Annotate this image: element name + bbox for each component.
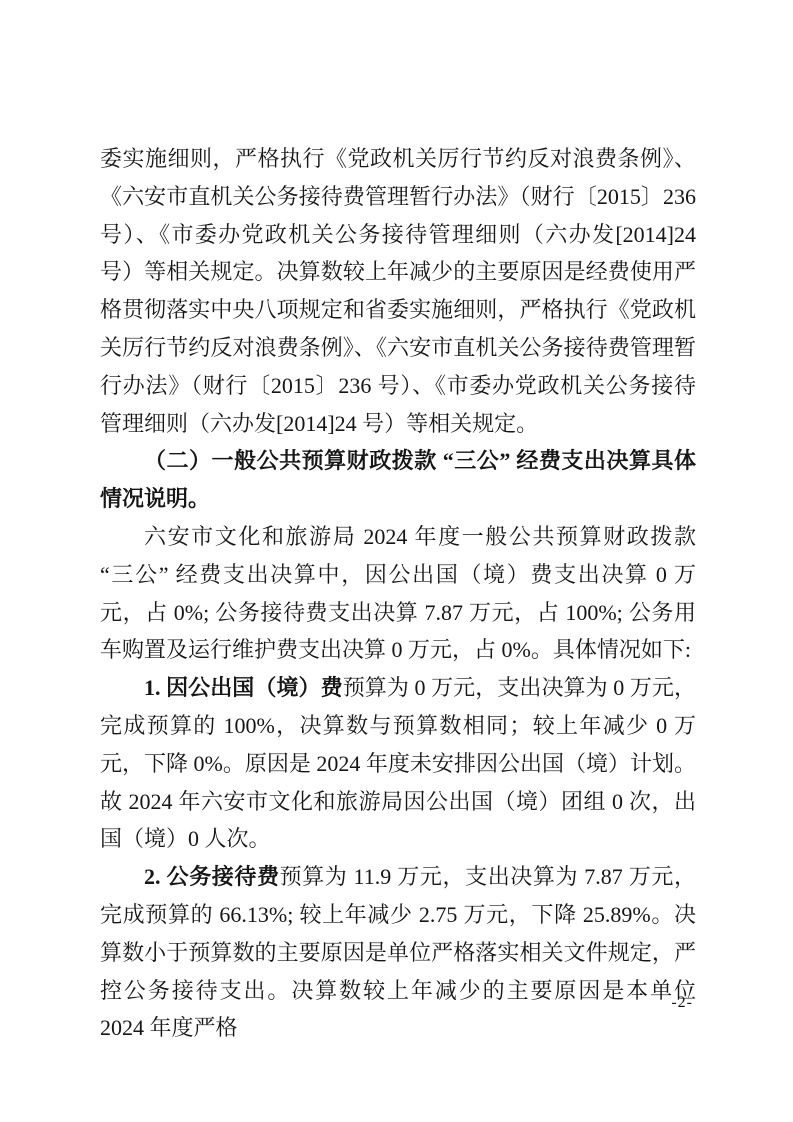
document-page: 委实施细则，严格执行《党政机关厉行节约反对浪费条例》、《六安市直机关公务接待费管… [0, 0, 793, 1122]
paragraph-item-2: 2. 公务接待费预算为 11.9 万元，支出决算为 7.87 万元，完成预算的 … [100, 858, 696, 1047]
paragraph-overview-text: 六安市文化和旅游局 2024 年度一般公共预算财政拨款 “三公” 经费支出决算中… [100, 524, 696, 662]
item-1-text: 预算为 0 万元，支出决算为 0 万元，完成预算的 100%，决算数与预算数相同… [100, 675, 696, 851]
paragraph-item-1: 1. 因公出国（境）费预算为 0 万元，支出决算为 0 万元，完成预算的 100… [100, 669, 696, 858]
item-2-lead: 2. 公务接待费 [144, 864, 280, 889]
item-2-text: 预算为 11.9 万元，支出决算为 7.87 万元，完成预算的 66.13%; … [100, 864, 696, 1040]
section-heading: （二）一般公共预算财政拨款 “三公” 经费支出决算具体情况说明。 [100, 442, 696, 518]
paragraph-continued: 委实施细则，严格执行《党政机关厉行节约反对浪费条例》、《六安市直机关公务接待费管… [100, 140, 696, 442]
page-number: -2- [671, 993, 693, 1013]
section-heading-text: （二）一般公共预算财政拨款 “三公” 经费支出决算具体情况说明。 [100, 448, 696, 511]
paragraph-overview: 六安市文化和旅游局 2024 年度一般公共预算财政拨款 “三公” 经费支出决算中… [100, 518, 696, 669]
paragraph-continued-text: 委实施细则，严格执行《党政机关厉行节约反对浪费条例》、《六安市直机关公务接待费管… [100, 146, 696, 436]
item-1-lead: 1. 因公出国（境）费 [144, 675, 343, 700]
document-body: 委实施细则，严格执行《党政机关厉行节约反对浪费条例》、《六安市直机关公务接待费管… [100, 140, 696, 1047]
